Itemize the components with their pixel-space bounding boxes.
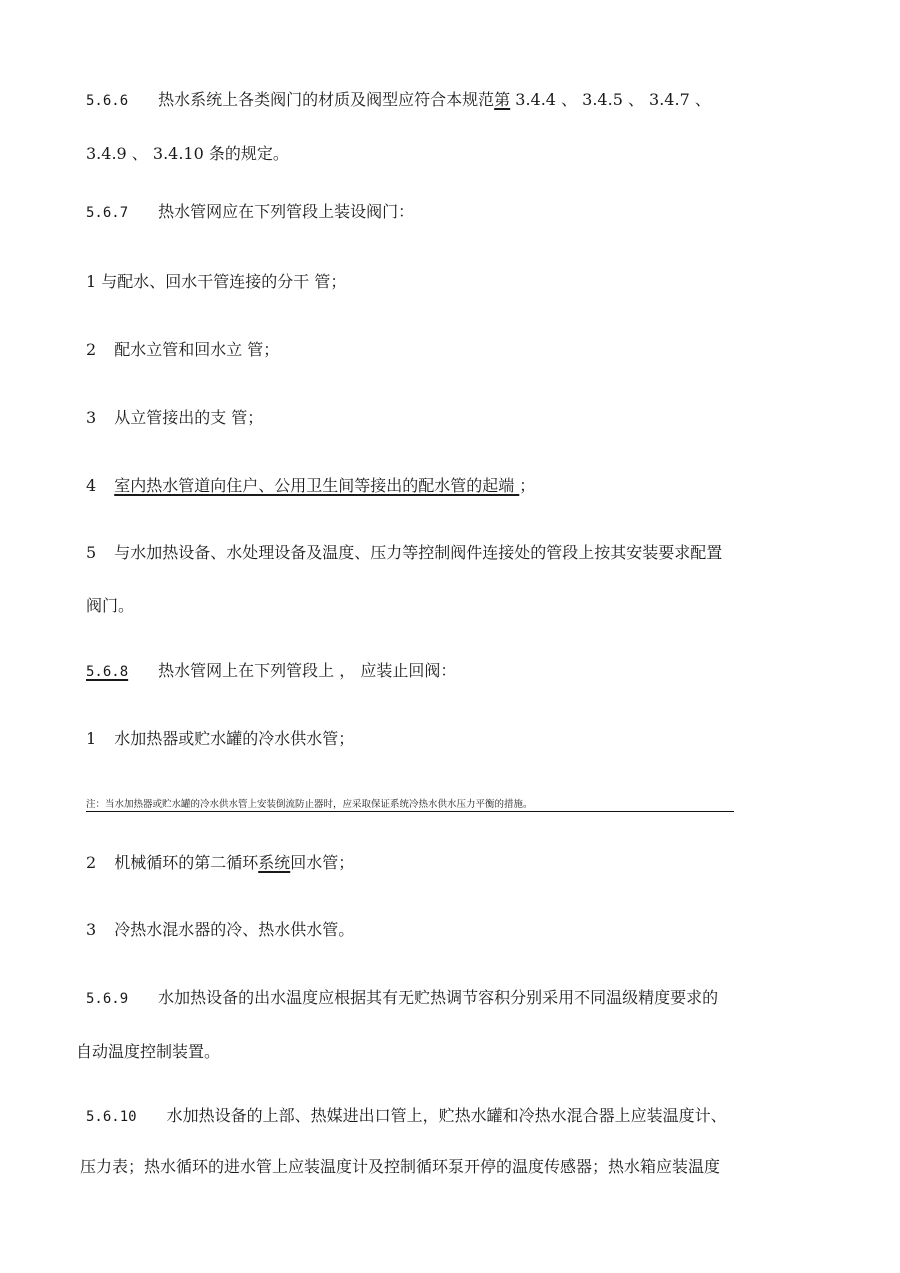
underlined-text: 系统 xyxy=(258,853,290,872)
clause-5-6-6-line-1: 5.6.6热水系统上各类阀门的材质及阀型应符合本规范第 3.4.4 、 3.4.… xyxy=(86,90,711,111)
item-number: 3 xyxy=(86,920,96,939)
clause-references: 3.4.4 、 3.4.5 、 3.4.7 、 xyxy=(510,90,711,109)
clause-text: 热水管网应在下列管段上装设阀门： xyxy=(158,202,414,221)
item-number: 1 xyxy=(86,272,96,291)
clause-text: 水加热设备的出水温度应根据其有无贮热调节容积分别采用不同温级精度要求的 xyxy=(158,988,718,1007)
item-text: 与配水、回水干管连接的分干 管； xyxy=(101,272,346,291)
clause-5-6-8: 5.6.8热水管网上在下列管段上 ， 应装止回阀： xyxy=(86,661,456,682)
clause-5-6-6-line-2: 3.4.9 、 3.4.10 条的规定。 xyxy=(86,144,289,164)
item-number: 5 xyxy=(86,543,96,562)
list-item: 5与水加热设备、水处理设备及温度、压力等控制阀件连接处的管段上按其安装要求配置 xyxy=(86,543,722,563)
clause-number: 5.6.8 xyxy=(86,662,128,682)
clause-text: 压力表；热水循环的进水管上应装温度计及控制循环泵开停的温度传感器；热水箱应装温度 xyxy=(80,1157,720,1176)
clause-5-6-7: 5.6.7热水管网应在下列管段上装设阀门： xyxy=(86,202,414,223)
underlined-text: 第 xyxy=(494,90,510,109)
list-item: 3冷热水混水器的冷、热水供水管。 xyxy=(86,920,354,940)
item-text: 从立管接出的支 管； xyxy=(114,408,263,427)
item-number: 4 xyxy=(86,476,96,495)
list-item: 4室内热水管道向住户、公用卫生间等接出的配水管的起端 ； xyxy=(86,476,535,496)
list-item: 2配水立管和回水立 管； xyxy=(86,340,279,360)
clause-5-6-10: 5.6.10水加热设备的上部、热媒进出口管上，贮热水罐和冷热水混合器上应装温度计… xyxy=(86,1106,727,1127)
clause-number: 5.6.10 xyxy=(86,1107,137,1127)
note-text: 注：当水加热器或贮水罐的冷水供水管上安装倒流防止器时，应采取保证系统冷热水供水压… xyxy=(86,796,734,812)
clause-text: 3.4.9 、 3.4.10 条的规定。 xyxy=(86,144,289,163)
item-suffix: ； xyxy=(519,476,535,495)
item-number: 2 xyxy=(86,853,96,872)
clause-text: 自动温度控制装置。 xyxy=(76,1042,220,1061)
item-text: 阀门。 xyxy=(86,596,134,615)
list-item-continuation: 阀门。 xyxy=(86,596,134,616)
item-text: 与水加热设备、水处理设备及温度、压力等控制阀件连接处的管段上按其安装要求配置 xyxy=(114,543,722,562)
item-text: 配水立管和回水立 管； xyxy=(114,340,279,359)
clause-number: 5.6.7 xyxy=(86,203,128,223)
list-item: 3从立管接出的支 管； xyxy=(86,408,263,428)
list-item: 1水加热器或贮水罐的冷水供水管； xyxy=(86,729,354,749)
list-item: 2机械循环的第二循环系统回水管； xyxy=(86,853,354,873)
clause-5-6-9: 5.6.9水加热设备的出水温度应根据其有无贮热调节容积分别采用不同温级精度要求的 xyxy=(86,988,718,1009)
clause-number: 5.6.6 xyxy=(86,91,128,111)
item-number: 1 xyxy=(86,729,96,748)
item-text: 水加热器或贮水罐的冷水供水管； xyxy=(114,729,354,748)
item-text: 机械循环的第二循环 xyxy=(114,853,258,872)
item-text: 冷热水混水器的冷、热水供水管。 xyxy=(114,920,354,939)
clause-continuation: 压力表；热水循环的进水管上应装温度计及控制循环泵开停的温度传感器；热水箱应装温度 xyxy=(80,1157,720,1177)
item-text: 室内热水管道向住户、公用卫生间等接出的配水管的起端 xyxy=(114,476,519,495)
clause-text: 热水系统上各类阀门的材质及阀型应符合本规范 xyxy=(158,90,494,109)
list-item: 1 与配水、回水干管连接的分干 管； xyxy=(86,272,346,292)
item-text: 回水管； xyxy=(290,853,354,872)
clause-continuation: 自动温度控制装置。 xyxy=(76,1042,220,1062)
clause-number: 5.6.9 xyxy=(86,989,128,1009)
item-number: 3 xyxy=(86,408,96,427)
item-number: 2 xyxy=(86,340,96,359)
clause-text: 热水管网上在下列管段上 ， 应装止回阀： xyxy=(158,661,456,680)
clause-text: 水加热设备的上部、热媒进出口管上，贮热水罐和冷热水混合器上应装温度计、 xyxy=(167,1106,727,1125)
